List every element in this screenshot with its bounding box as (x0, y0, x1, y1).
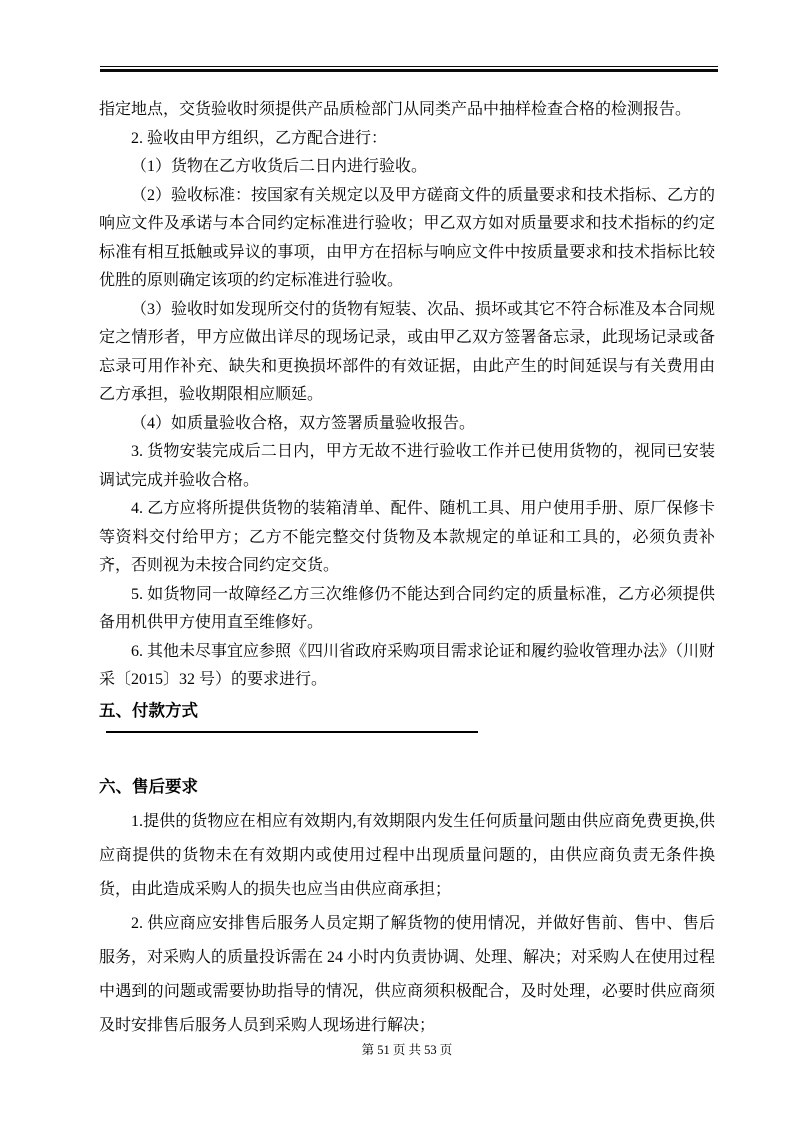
aftersales-section: 1.提供的货物应在相应有效期内,有效期限内发生任何质量问题由供应商免费更换,供应… (99, 805, 715, 1043)
header-double-rule (100, 66, 718, 72)
paragraph-continuation: 指定地点，交货验收时须提供产品质检部门从同类产品中抽样检查合格的检测报告。 (99, 96, 715, 125)
section-heading-aftersales: 六、售后要求 (99, 773, 715, 802)
paragraph-acceptance-6: 6. 其他未尽事宜应参照《四川省政府采购项目需求论证和履约验收管理办法》（川财采… (99, 638, 715, 695)
paragraph-acceptance-2-3: （3）验收时如发现所交付的货物有短装、次品、损坏或其它不符合标准及本合同规定之情… (99, 296, 715, 410)
paragraph-acceptance-4: 4. 乙方应将所提供货物的装箱清单、配件、随机工具、用户使用手册、原厂保修卡等资… (99, 495, 715, 581)
paragraph-acceptance-5: 5. 如货物同一故障经乙方三次维修仍不能达到合同约定的质量标准，乙方必须提供备用… (99, 581, 715, 638)
document-body: 指定地点，交货验收时须提供产品质检部门从同类产品中抽样检查合格的检测报告。 2.… (99, 96, 715, 1043)
paragraph-aftersales-2: 2. 供应商应安排售后服务人员定期了解货物的使用情况，并做好售前、售中、售后服务… (99, 907, 715, 1043)
footer-page-number: 第 51 页 共 53 页 (99, 1042, 715, 1058)
payment-fill-in-blank (106, 726, 478, 733)
paragraph-acceptance-2-1: （1）货物在乙方收货后二日内进行验收。 (99, 153, 715, 182)
paragraph-acceptance-2: 2. 验收由甲方组织，乙方配合进行： (99, 125, 715, 154)
paragraph-acceptance-3: 3. 货物安装完成后二日内，甲方无故不进行验收工作并已使用货物的，视同已安装调试… (99, 438, 715, 495)
paragraph-acceptance-2-2: （2）验收标准：按国家有关规定以及甲方磋商文件的质量要求和技术指标、乙方的响应文… (99, 182, 715, 296)
paragraph-acceptance-2-4: （4）如质量验收合格，双方签署质量验收报告。 (99, 410, 715, 439)
paragraph-aftersales-1: 1.提供的货物应在相应有效期内,有效期限内发生任何质量问题由供应商免费更换,供应… (99, 805, 715, 907)
document-page: 指定地点，交货验收时须提供产品质检部门从同类产品中抽样检查合格的检测报告。 2.… (0, 0, 793, 1122)
section-heading-payment: 五、付款方式 (99, 697, 715, 726)
